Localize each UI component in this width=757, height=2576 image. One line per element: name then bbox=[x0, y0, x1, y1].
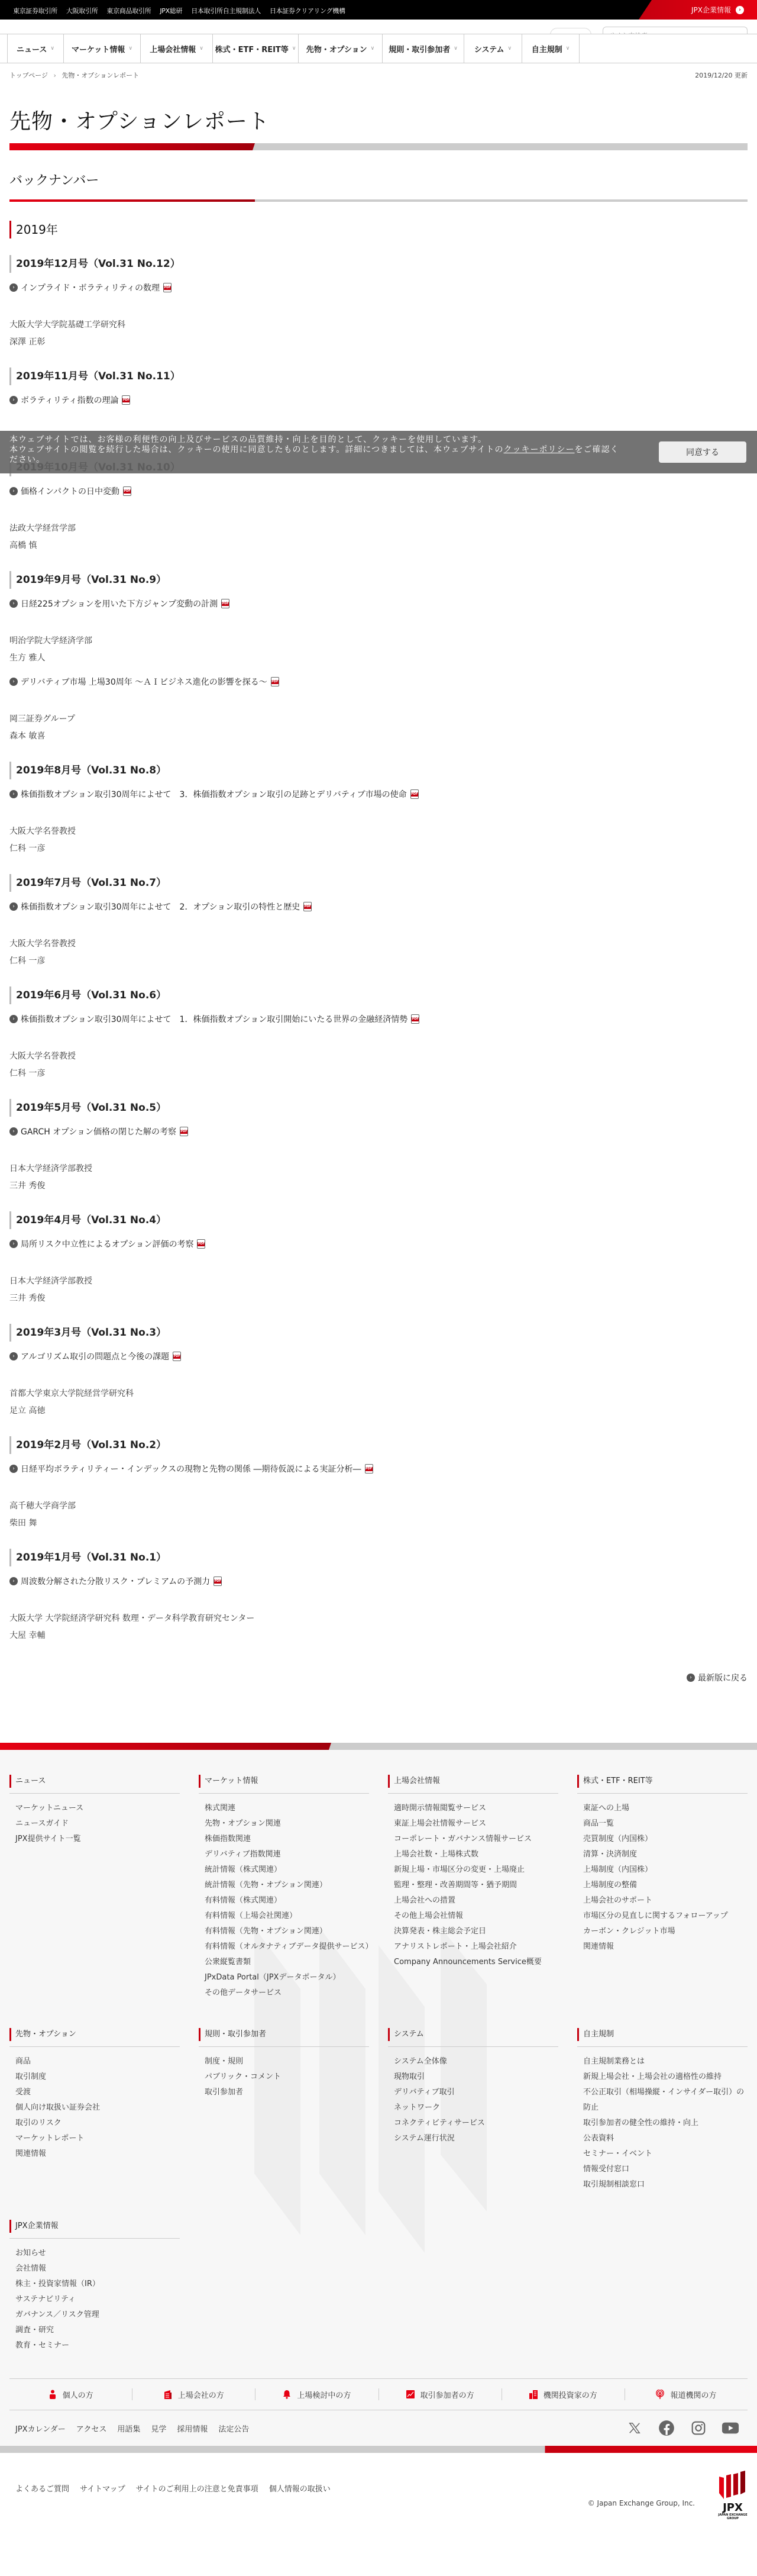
cookie-agree-button[interactable]: 同意する bbox=[659, 441, 746, 463]
pdf-icon bbox=[365, 1464, 373, 1474]
legal-link[interactable]: サイトのご利用上の注意と免責事項 bbox=[136, 2485, 258, 2494]
footer-link[interactable]: システム全体像 bbox=[394, 2054, 558, 2069]
pdf-icon bbox=[271, 677, 279, 686]
footer-link[interactable]: 市場区分の見直しに関するフォローアップ bbox=[583, 1908, 748, 1924]
footer-link-text[interactable]: 制度・規則 bbox=[205, 2057, 243, 2066]
chevron-right-icon: › bbox=[736, 6, 744, 14]
footer-link-text[interactable]: 市場区分の見直しに関するフォローアップ bbox=[583, 1911, 728, 1920]
footer-link[interactable]: 上場会社への措置 bbox=[394, 1893, 558, 1908]
footer-link-text[interactable]: 取引のリスク bbox=[15, 2119, 62, 2127]
article-link[interactable]: ›株価指数オプション取引30周年によせて 3．株価指数オプション取引の足跡とデリ… bbox=[9, 788, 748, 801]
section-underline bbox=[9, 199, 748, 202]
footer-link[interactable]: 株主・投資家情報（IR） bbox=[15, 2277, 180, 2292]
footer-link[interactable]: 監理・整理・改善期間等・猶予期間 bbox=[394, 1878, 558, 1893]
issue-section: 2019年4月号（Vol.31 No.4）›局所リスク中立性によるオプション評価… bbox=[9, 1211, 748, 1307]
footer-link-text[interactable]: 教育・セミナー bbox=[15, 2341, 69, 2350]
footer-link[interactable]: 新規上場・市場区分の変更・上場廃止 bbox=[394, 1862, 558, 1878]
footer-link[interactable]: 商品一覧 bbox=[583, 1816, 748, 1832]
footer-link-text[interactable]: マーケットレポート bbox=[15, 2134, 84, 2143]
issue-title: 2019年2月号（Vol.31 No.2） bbox=[9, 1436, 748, 1454]
footer-link-text[interactable]: 自主規制業務とは bbox=[583, 2057, 645, 2066]
chevron-right-icon: › bbox=[9, 396, 18, 404]
footer-link[interactable]: デリバティブ指数関連 bbox=[205, 1847, 369, 1862]
footer-link-text[interactable]: カーボン・クレジット市場 bbox=[583, 1927, 675, 1936]
footer-link[interactable]: 決算発表・株主総会予定日 bbox=[394, 1924, 558, 1939]
author-name: 三井 秀俊 bbox=[9, 1178, 748, 1195]
footer-link[interactable]: 取引規制相談窓口 bbox=[583, 2177, 748, 2193]
misc-link[interactable]: 採用情報 bbox=[177, 2425, 208, 2434]
author-affiliation: 岡三証券グループ bbox=[9, 711, 748, 728]
footer-link[interactable]: マーケットレポート bbox=[15, 2131, 180, 2146]
footer-link-text[interactable]: 関連情報 bbox=[583, 1942, 614, 1951]
footer-link[interactable]: 公衆縦覧書類 bbox=[205, 1955, 369, 1970]
audience-link[interactable]: 上場会社の方 bbox=[132, 2388, 255, 2400]
pdf-icon bbox=[123, 486, 131, 496]
group-site-link[interactable]: 東京商品取引所 bbox=[106, 7, 151, 15]
footer-link[interactable]: 上場制度（内国株） bbox=[583, 1862, 748, 1878]
footer-link[interactable]: 現物取引 bbox=[394, 2069, 558, 2085]
article-title: 株価指数オプション取引30周年によせて 3．株価指数オプション取引の足跡とデリバ… bbox=[21, 788, 407, 800]
audience-label: 上場会社の方 bbox=[178, 2389, 224, 2400]
author-block: 明治学院大学経済学部生方 雅人 bbox=[9, 633, 748, 667]
author-affiliation: 日本大学経済学部教授 bbox=[9, 1273, 748, 1290]
group-site-link[interactable]: 日本証券クリアリング機構 bbox=[270, 7, 345, 15]
gnav-item[interactable]: ニュース∨ bbox=[7, 34, 63, 63]
footer-strip bbox=[0, 2446, 757, 2453]
footer-link[interactable]: 不公正取引（相場操縦・インサイダー取引）の防止 bbox=[583, 2085, 748, 2116]
footer-link[interactable]: 個人向け取扱い証券会社 bbox=[15, 2100, 180, 2116]
footer-link[interactable]: 東証上場会社情報サービス bbox=[394, 1816, 558, 1832]
footer-column: JPX企業情報お知らせ会社情報株主・投資家情報（IR）サステナビリティガバナンス… bbox=[9, 2207, 180, 2353]
back-to-latest-link[interactable]: › 最新版に戻る bbox=[687, 1672, 748, 1684]
misc-link[interactable]: アクセス bbox=[76, 2425, 107, 2434]
footer-link-text[interactable]: 関連情報 bbox=[15, 2149, 46, 2158]
footer-link[interactable]: 有料情報（上場会社関連） bbox=[205, 1908, 369, 1924]
global-navigation: ニュース∨マーケット情報∨上場会社情報∨株式・ETF・REIT等∨先物・オプショ… bbox=[0, 34, 757, 63]
footer-link[interactable]: Company Announcements Service概要 bbox=[394, 1955, 558, 1970]
author-block: 岡三証券グループ森本 敏喜 bbox=[9, 711, 748, 745]
article-title: 日経225オプションを用いた下方ジャンプ変動の計測 bbox=[21, 598, 218, 610]
footer-link[interactable]: 調査・研究 bbox=[15, 2323, 180, 2338]
footer-link-text[interactable]: 取引参加者 bbox=[205, 2088, 243, 2097]
footer-link[interactable]: コネクティビティサービス bbox=[394, 2116, 558, 2131]
audience-link[interactable]: 個人の方 bbox=[9, 2388, 132, 2400]
audience-label: 上場検討中の方 bbox=[297, 2389, 351, 2400]
footer-link[interactable]: ガバナンス／リスク管理 bbox=[15, 2307, 180, 2323]
footer-link-text[interactable]: 決算発表・株主総会予定日 bbox=[394, 1927, 486, 1936]
pdf-icon bbox=[122, 395, 130, 405]
footer-link[interactable]: ニュースガイド bbox=[15, 1816, 180, 1832]
footer-link[interactable]: 上場会社のサポート bbox=[583, 1893, 748, 1908]
pdf-icon bbox=[213, 1576, 222, 1586]
issue-title: 2019年12月号（Vol.31 No.12） bbox=[9, 255, 748, 273]
author-affiliation: 法政大学経営学部 bbox=[9, 520, 748, 537]
footer-link-text[interactable]: 有料情報（先物・オプション関連） bbox=[205, 1927, 327, 1936]
gnav-item[interactable]: 上場会社情報∨ bbox=[140, 34, 212, 63]
footer-link[interactable]: 取引制度 bbox=[15, 2069, 180, 2085]
audience-link[interactable]: 機関投資家の方 bbox=[502, 2388, 625, 2400]
chevron-right-icon: › bbox=[9, 283, 18, 292]
footer-link-text[interactable]: 不公正取引（相場操縦・インサイダー取引）の防止 bbox=[583, 2088, 744, 2112]
pdf-icon bbox=[163, 283, 172, 292]
footer-link-text[interactable]: 会社情報 bbox=[15, 2264, 46, 2273]
article-link[interactable]: ›局所リスク中立性によるオプション評価の考察 bbox=[9, 1237, 748, 1250]
article-link[interactable]: ›GARCH オプション価格の閉じた解の考察 bbox=[9, 1125, 748, 1138]
footer-link-text[interactable]: 新規上場・市場区分の変更・上場廃止 bbox=[394, 1865, 525, 1874]
gnav-label: マーケット情報 bbox=[72, 43, 125, 54]
author-block: 日本大学経済学部教授三井 秀俊 bbox=[9, 1273, 748, 1307]
footer-sitemap: ニュースマーケットニュースニュースガイドJPX提供サイト一覧マーケット情報株式関… bbox=[9, 1762, 748, 2368]
footer-link-text[interactable]: 清算・決済制度 bbox=[583, 1850, 637, 1859]
footer-link[interactable]: 売買制度（内国株） bbox=[583, 1832, 748, 1847]
footer-link[interactable]: 取引参加者の健全性の維持・向上 bbox=[583, 2116, 748, 2131]
footer-link[interactable]: 東証への上場 bbox=[583, 1801, 748, 1816]
footer-link-text[interactable]: 有料情報（オルタナティブデータ提供サービス） bbox=[205, 1942, 373, 1951]
footer-column: 規則・取引参加者制度・規則パブリック・コメント取引参加者 bbox=[199, 2015, 369, 2193]
article-title: GARCH オプション価格の閉じた解の考察 bbox=[21, 1126, 176, 1137]
footer-link-text[interactable]: 有料情報（株式関連） bbox=[205, 1896, 282, 1905]
footer-link-text[interactable]: 商品一覧 bbox=[583, 1819, 614, 1828]
author-affiliation: 大阪大学名誉教授 bbox=[9, 823, 748, 840]
audience-link[interactable]: 上場検討中の方 bbox=[255, 2388, 378, 2400]
breadcrumb-home[interactable]: トップページ bbox=[9, 72, 48, 79]
footer-link-text[interactable]: 現物取引 bbox=[394, 2072, 425, 2081]
instagram-icon[interactable] bbox=[690, 2419, 707, 2437]
issue-title: 2019年4月号（Vol.31 No.4） bbox=[9, 1211, 748, 1229]
issue-title: 2019年6月号（Vol.31 No.6） bbox=[9, 986, 748, 1004]
issue-section: 2019年1月号（Vol.31 No.1）›周波数分解された分散リスク・プレミア… bbox=[9, 1549, 748, 1645]
footer-link[interactable]: 統計情報（先物・オプション関連） bbox=[205, 1878, 369, 1893]
issue-title: 2019年1月号（Vol.31 No.1） bbox=[9, 1549, 748, 1566]
issue-title: 2019年7月号（Vol.31 No.7） bbox=[9, 874, 748, 892]
footer-link[interactable]: デリバティブ取引 bbox=[394, 2085, 558, 2100]
author-block: 日本大学経済学部教授三井 秀俊 bbox=[9, 1160, 748, 1195]
gnav-label: 自主規制 bbox=[532, 43, 562, 54]
footer-link[interactable]: アナリストレポート・上場会社紹介 bbox=[394, 1939, 558, 1955]
x-icon[interactable] bbox=[626, 2419, 643, 2437]
article-title: デリバティブ市場 上場30周年 ～ＡＩビジネス進化の影響を探る～ bbox=[21, 676, 267, 688]
logo-subtext: JAPAN EXCHANGE GROUP bbox=[718, 2513, 748, 2520]
issue-section: 2019年8月号（Vol.31 No.8）›株価指数オプション取引30周年によせ… bbox=[9, 762, 748, 857]
author-affiliation: 高千穂大学商学部 bbox=[9, 1498, 748, 1515]
footer-link-text[interactable]: コネクティビティサービス bbox=[394, 2119, 485, 2127]
footer-link-text[interactable]: サステナビリティ bbox=[15, 2295, 76, 2304]
footer-link-text[interactable]: 上場会社への措置 bbox=[394, 1896, 455, 1905]
misc-link[interactable]: JPXカレンダー bbox=[15, 2425, 66, 2434]
divider bbox=[388, 1793, 558, 1794]
author-block: 法政大学経営学部高橋 慎 bbox=[9, 520, 748, 554]
footer-link-text[interactable]: コーポレート・ガバナンス情報サービス bbox=[394, 1835, 532, 1843]
broadcast-icon bbox=[656, 2390, 664, 2399]
footer-link[interactable]: 会社情報 bbox=[15, 2261, 180, 2277]
chevron-down-icon: ∨ bbox=[508, 46, 512, 51]
bell-icon bbox=[283, 2390, 291, 2399]
article-link[interactable]: ›インプライド・ボラティリティの数理 bbox=[9, 281, 748, 294]
footer-link[interactable]: 商品 bbox=[15, 2054, 180, 2069]
footer-column: 先物・オプション商品取引制度受渡個人向け取扱い証券会社取引のリスクマーケットレポ… bbox=[9, 2015, 180, 2193]
footer-link-text[interactable]: Company Announcements Service概要 bbox=[394, 1958, 542, 1966]
footer-link-text[interactable]: 上場会社のサポート bbox=[583, 1896, 652, 1905]
footer-column: ニュースマーケットニュースニュースガイドJPX提供サイト一覧 bbox=[9, 1762, 180, 2001]
footer-link[interactable]: 取引参加者 bbox=[205, 2085, 369, 2100]
footer-link-text[interactable]: JPxData Portal（JPXデータポータル） bbox=[205, 1973, 340, 1982]
footer-link-text[interactable]: ガバナンス／リスク管理 bbox=[15, 2310, 99, 2319]
footer-link[interactable]: お知らせ bbox=[15, 2246, 180, 2261]
footer-link-text[interactable]: その他上場会社情報 bbox=[394, 1911, 463, 1920]
article-link[interactable]: ›株価指数オプション取引30周年によせて 1．株価指数オプション取引開始にいたる… bbox=[9, 1013, 748, 1026]
footer-link-text[interactable]: その他データサービス bbox=[205, 1988, 282, 1997]
footer-link-text[interactable]: JPX提供サイト一覧 bbox=[15, 1835, 81, 1843]
footer-link[interactable]: 公表資料 bbox=[583, 2131, 748, 2146]
footer-link-text[interactable]: マーケットニュース bbox=[15, 1804, 83, 1813]
chevron-right-icon: › bbox=[687, 1674, 695, 1682]
footer-link-text[interactable]: 監理・整理・改善期間等・猶予期間 bbox=[394, 1881, 517, 1890]
group-site-link[interactable]: JPX総研 bbox=[160, 7, 182, 15]
footer-link-text[interactable]: 新規上場会社・上場会社の適格性の維持 bbox=[583, 2072, 722, 2081]
footer-link-text[interactable]: 先物・オプション関連 bbox=[205, 1819, 281, 1828]
main-content: 先物・オプションレポート バックナンバー 2019年 2019年12月号（Vol… bbox=[0, 105, 757, 1684]
gnav-item[interactable]: 株式・ETF・REIT等∨ bbox=[212, 34, 298, 63]
footer-link[interactable]: 適時開示情報閲覧サービス bbox=[394, 1801, 558, 1816]
footer-link[interactable]: マーケットニュース bbox=[15, 1801, 180, 1816]
group-site-link[interactable]: 東京証券取引所 bbox=[13, 7, 57, 15]
footer-link[interactable]: 教育・セミナー bbox=[15, 2338, 180, 2353]
footer-divider bbox=[0, 1743, 757, 1750]
page-root: 東京証券取引所大阪取引所東京商品取引所JPX総研日本取引所自主規制法人日本証券ク… bbox=[0, 0, 757, 2536]
article-link[interactable]: ›株価指数オプション取引30周年によせて 2．オプション取引の特性と歴史 bbox=[9, 900, 748, 913]
jpx-logo-mark-icon bbox=[718, 2471, 748, 2500]
legal-footer: よくあるご質問サイトマップサイトのご利用上の注意と免責事項個人情報の取扱い © … bbox=[0, 2453, 757, 2536]
author-affiliation: 大阪大学名誉教授 bbox=[9, 1048, 748, 1065]
footer-column: マーケット情報株式関連先物・オプション関連株価指数関連デリバティブ指数関連統計情… bbox=[199, 1762, 369, 2001]
chart-icon bbox=[406, 2390, 415, 2399]
footer-column: 上場会社情報適時開示情報閲覧サービス東証上場会社情報サービスコーポレート・ガバナ… bbox=[388, 1762, 558, 2001]
footer-link-text[interactable]: 公衆縦覧書類 bbox=[205, 1958, 251, 1966]
author-affiliation: 大阪大学大学院基礎工学研究科 bbox=[9, 317, 748, 334]
breadcrumb: トップページ › 先物・オプションレポート bbox=[9, 70, 139, 80]
chevron-down-icon: ∨ bbox=[292, 46, 296, 51]
footer-link-text[interactable]: セミナー・イベント bbox=[583, 2149, 652, 2158]
article-link[interactable]: ›日経225オプションを用いた下方ジャンプ変動の計測 bbox=[9, 597, 748, 610]
issue-section: 2019年7月号（Vol.31 No.7）›株価指数オプション取引30周年によせ… bbox=[9, 874, 748, 970]
footer-link[interactable]: JPX提供サイト一覧 bbox=[15, 1832, 180, 1847]
footer-link[interactable]: 関連情報 bbox=[583, 1939, 748, 1955]
group-site-link[interactable]: 大阪取引所 bbox=[66, 7, 98, 15]
site-footer: ニュースマーケットニュースニュースガイドJPX提供サイト一覧マーケット情報株式関… bbox=[0, 1750, 757, 2446]
footer-link[interactable]: 有料情報（株式関連） bbox=[205, 1893, 369, 1908]
footer-link-text[interactable]: 受渡 bbox=[15, 2088, 31, 2097]
footer-link[interactable]: 自主規制業務とは bbox=[583, 2054, 748, 2069]
footer-link-text[interactable]: システム全体像 bbox=[394, 2057, 447, 2066]
chevron-down-icon: ∨ bbox=[371, 46, 375, 51]
footer-link[interactable]: 先物・オプション関連 bbox=[205, 1816, 369, 1832]
footer-link-text[interactable]: お知らせ bbox=[15, 2249, 46, 2258]
footer-link[interactable]: 有料情報（オルタナティブデータ提供サービス） bbox=[205, 1939, 369, 1955]
chevron-right-icon: › bbox=[9, 790, 18, 798]
footer-link-text[interactable]: 公表資料 bbox=[583, 2134, 614, 2143]
footer-misc-links: JPXカレンダーアクセス用語集見学採用情報法定公告 bbox=[15, 2423, 260, 2434]
chevron-right-icon: › bbox=[9, 1465, 18, 1473]
group-site-link[interactable]: 日本取引所自主規制法人 bbox=[191, 7, 261, 15]
gnav-item[interactable]: 規則・取引参加者∨ bbox=[382, 34, 464, 63]
author-affiliation: 大阪大学名誉教授 bbox=[9, 936, 748, 953]
gnav-item[interactable]: 先物・オプション∨ bbox=[298, 34, 382, 63]
chevron-right-icon: › bbox=[9, 1127, 18, 1136]
footer-link-text[interactable]: 株価指数関連 bbox=[205, 1835, 251, 1843]
legal-link[interactable]: 個人情報の取扱い bbox=[269, 2485, 331, 2494]
gnav-label: システム bbox=[474, 43, 504, 54]
issue-title: 2019年9月号（Vol.31 No.9） bbox=[9, 571, 748, 589]
footer-link[interactable]: 受渡 bbox=[15, 2085, 180, 2100]
footer-link-text[interactable]: 取引制度 bbox=[15, 2072, 46, 2081]
chevron-down-icon: ∨ bbox=[454, 46, 458, 51]
footer-link[interactable]: パブリック・コメント bbox=[205, 2069, 369, 2085]
footer-link-text[interactable]: システム運行状況 bbox=[394, 2134, 455, 2143]
jpx-logo[interactable]: JPX JAPAN EXCHANGE GROUP bbox=[718, 2471, 748, 2520]
misc-link[interactable]: 用語集 bbox=[117, 2425, 140, 2434]
footer-link-text[interactable]: 調査・研究 bbox=[15, 2326, 54, 2335]
author-block: 大阪大学名誉教授仁科 一彦 bbox=[9, 823, 748, 857]
divider bbox=[577, 2046, 748, 2047]
footer-link-text[interactable]: 東証上場会社情報サービス bbox=[394, 1819, 486, 1828]
issue-section: 2019年3月号（Vol.31 No.3）›アルゴリズム取引の問題点と今後の課題… bbox=[9, 1324, 748, 1420]
misc-link[interactable]: 見学 bbox=[151, 2425, 166, 2434]
footer-link-text[interactable]: 上場制度の整備 bbox=[583, 1881, 637, 1890]
footer-link-text[interactable]: 取引規制相談窓口 bbox=[583, 2180, 645, 2189]
issue-section: 2019年5月号（Vol.31 No.5）›GARCH オプション価格の閉じた解… bbox=[9, 1099, 748, 1195]
chevron-down-icon: ∨ bbox=[128, 46, 132, 51]
footer-link[interactable]: 関連情報 bbox=[15, 2146, 180, 2162]
issue-section: 2019年6月号（Vol.31 No.6）›株価指数オプション取引30周年によせ… bbox=[9, 986, 748, 1082]
author-affiliation: 大阪大学 大学院経済学研究科 数理・データ科学教育研究センター bbox=[9, 1610, 748, 1627]
divider bbox=[9, 1793, 180, 1794]
footer-link[interactable]: 情報受付窓口 bbox=[583, 2162, 748, 2177]
pdf-icon bbox=[221, 599, 229, 608]
article-link[interactable]: ›周波数分解された分散リスク・プレミアムの予測力 bbox=[9, 1575, 748, 1588]
footer-link-text[interactable]: パブリック・コメント bbox=[205, 2072, 281, 2081]
pdf-icon bbox=[197, 1239, 205, 1249]
legal-link[interactable]: サイトマップ bbox=[80, 2485, 125, 2494]
footer-column-title: 先物・オプション bbox=[9, 2028, 180, 2041]
footer-link-text[interactable]: 適時開示情報閲覧サービス bbox=[394, 1804, 486, 1813]
footer-link-text[interactable]: 売買制度（内国株） bbox=[583, 1835, 652, 1843]
footer-link-text[interactable]: 株主・投資家情報（IR） bbox=[15, 2280, 100, 2288]
footer-link-text[interactable]: デリバティブ取引 bbox=[394, 2088, 455, 2097]
footer-link[interactable]: 上場制度の整備 bbox=[583, 1878, 748, 1893]
footer-link[interactable]: 株価指数関連 bbox=[205, 1832, 369, 1847]
footer-link-text[interactable]: 有料情報（上場会社関連） bbox=[205, 1911, 297, 1920]
footer-link-text[interactable]: 統計情報（株式関連） bbox=[205, 1865, 282, 1874]
pdf-icon bbox=[410, 789, 419, 799]
footer-link[interactable]: 新規上場会社・上場会社の適格性の維持 bbox=[583, 2069, 748, 2085]
corporate-info-link[interactable]: JPX企業情報 › bbox=[639, 0, 757, 20]
breadcrumb-current: 先物・オプションレポート bbox=[62, 72, 139, 79]
footer-column-title: システム bbox=[388, 2028, 558, 2041]
author-affiliation: 日本大学経済学部教授 bbox=[9, 1160, 748, 1178]
gnav-label: 株式・ETF・REIT等 bbox=[215, 43, 289, 54]
article-title: 株価指数オプション取引30周年によせて 2．オプション取引の特性と歴史 bbox=[21, 901, 300, 913]
author-name: 柴田 舞 bbox=[9, 1515, 748, 1532]
youtube-icon[interactable] bbox=[722, 2419, 739, 2437]
author-block: 大阪大学名誉教授仁科 一彦 bbox=[9, 936, 748, 970]
footer-link-text[interactable]: 上場会社数・上場株式数 bbox=[394, 1850, 478, 1859]
misc-link[interactable]: 法定公告 bbox=[218, 2425, 249, 2434]
divider bbox=[199, 2046, 369, 2047]
article-link[interactable]: ›日経平均ボラティリティー・インデックスの現物と先物の関係 ―期待仮説による実証… bbox=[9, 1462, 748, 1475]
footer-link-text[interactable]: 東証への上場 bbox=[583, 1804, 629, 1813]
footer-link[interactable]: セミナー・イベント bbox=[583, 2146, 748, 2162]
footer-link-text[interactable]: 取引参加者の健全性の維持・向上 bbox=[583, 2119, 698, 2127]
divider bbox=[9, 2046, 180, 2047]
footer-link[interactable]: 制度・規則 bbox=[205, 2054, 369, 2069]
legal-link[interactable]: よくあるご質問 bbox=[15, 2485, 69, 2494]
footer-link-text[interactable]: 個人向け取扱い証券会社 bbox=[15, 2103, 100, 2112]
author-name: 足立 高徳 bbox=[9, 1403, 748, 1420]
footer-link[interactable]: 株式関連 bbox=[205, 1801, 369, 1816]
footer-link-text[interactable]: 上場制度（内国株） bbox=[583, 1865, 652, 1874]
footer-column-title: マーケット情報 bbox=[199, 1775, 369, 1788]
footer-link-text[interactable]: アナリストレポート・上場会社紹介 bbox=[394, 1942, 517, 1951]
footer-link[interactable]: 上場会社数・上場株式数 bbox=[394, 1847, 558, 1862]
gnav-item[interactable]: マーケット情報∨ bbox=[63, 34, 140, 63]
chevron-down-icon: ∨ bbox=[50, 46, 54, 51]
footer-link-text[interactable]: 情報受付窓口 bbox=[583, 2165, 629, 2174]
article-link[interactable]: ›デリバティブ市場 上場30周年 ～ＡＩビジネス進化の影響を探る～ bbox=[9, 675, 748, 688]
footer-link-text[interactable]: ネットワーク bbox=[394, 2103, 440, 2112]
footer-link[interactable]: 統計情報（株式関連） bbox=[205, 1862, 369, 1878]
footer-link-text[interactable]: デリバティブ指数関連 bbox=[205, 1850, 281, 1859]
footer-link[interactable]: カーボン・クレジット市場 bbox=[583, 1924, 748, 1939]
facebook-icon[interactable] bbox=[658, 2419, 675, 2437]
footer-column-title: ニュース bbox=[9, 1775, 180, 1788]
audience-link[interactable]: 取引参加者の方 bbox=[379, 2388, 502, 2400]
chevron-right-icon: › bbox=[9, 487, 18, 495]
article-link[interactable]: ›価格インパクトの日中変動 bbox=[9, 485, 748, 498]
footer-link[interactable]: ネットワーク bbox=[394, 2100, 558, 2116]
footer-link[interactable]: コーポレート・ガバナンス情報サービス bbox=[394, 1832, 558, 1847]
footer-link[interactable]: 有料情報（先物・オプション関連） bbox=[205, 1924, 369, 1939]
footer-link-text[interactable]: 統計情報（先物・オプション関連） bbox=[205, 1881, 327, 1890]
footer-link[interactable]: 清算・決済制度 bbox=[583, 1847, 748, 1862]
chevron-right-icon: › bbox=[9, 678, 18, 686]
footer-link[interactable]: システム運行状況 bbox=[394, 2131, 558, 2146]
cookie-policy-link[interactable]: クッキーポリシー bbox=[504, 445, 575, 454]
footer-link-text[interactable]: 株式関連 bbox=[205, 1804, 235, 1813]
author-block: 大阪大学 大学院経済学研究科 数理・データ科学教育研究センター大屋 幸輔 bbox=[9, 1610, 748, 1645]
author-affiliation: 明治学院大学経済学部 bbox=[9, 633, 748, 650]
article-link[interactable]: ›ボラティリティ指数の理論 bbox=[9, 394, 748, 407]
audience-links: 個人の方上場会社の方上場検討中の方取引参加者の方機関投資家の方報道機関の方 bbox=[9, 2378, 748, 2410]
pdf-icon bbox=[411, 1014, 419, 1024]
gnav-item[interactable]: 自主規制∨ bbox=[522, 34, 580, 63]
section-title: バックナンバー bbox=[9, 170, 748, 189]
footer-column-title: JPX企業情報 bbox=[9, 2220, 180, 2233]
gnav-label: 上場会社情報 bbox=[150, 43, 196, 54]
audience-link[interactable]: 報道機関の方 bbox=[625, 2388, 748, 2400]
footer-link[interactable]: 取引のリスク bbox=[15, 2116, 180, 2131]
title-underline bbox=[9, 143, 748, 150]
footer-link-text[interactable]: 商品 bbox=[15, 2057, 31, 2066]
footer-link[interactable]: サステナビリティ bbox=[15, 2292, 180, 2307]
gnav-item[interactable]: システム∨ bbox=[464, 34, 522, 63]
footer-link[interactable]: JPxData Portal（JPXデータポータル） bbox=[205, 1970, 369, 1985]
article-link[interactable]: ›アルゴリズム取引の問題点と今後の課題 bbox=[9, 1350, 748, 1363]
article-title: 価格インパクトの日中変動 bbox=[21, 485, 119, 497]
issue-title: 2019年11月号（Vol.31 No.11） bbox=[9, 367, 748, 385]
footer-link[interactable]: その他データサービス bbox=[205, 1985, 369, 2001]
footer-link[interactable]: その他上場会社情報 bbox=[394, 1908, 558, 1924]
footer-link-text[interactable]: ニュースガイド bbox=[15, 1819, 69, 1828]
